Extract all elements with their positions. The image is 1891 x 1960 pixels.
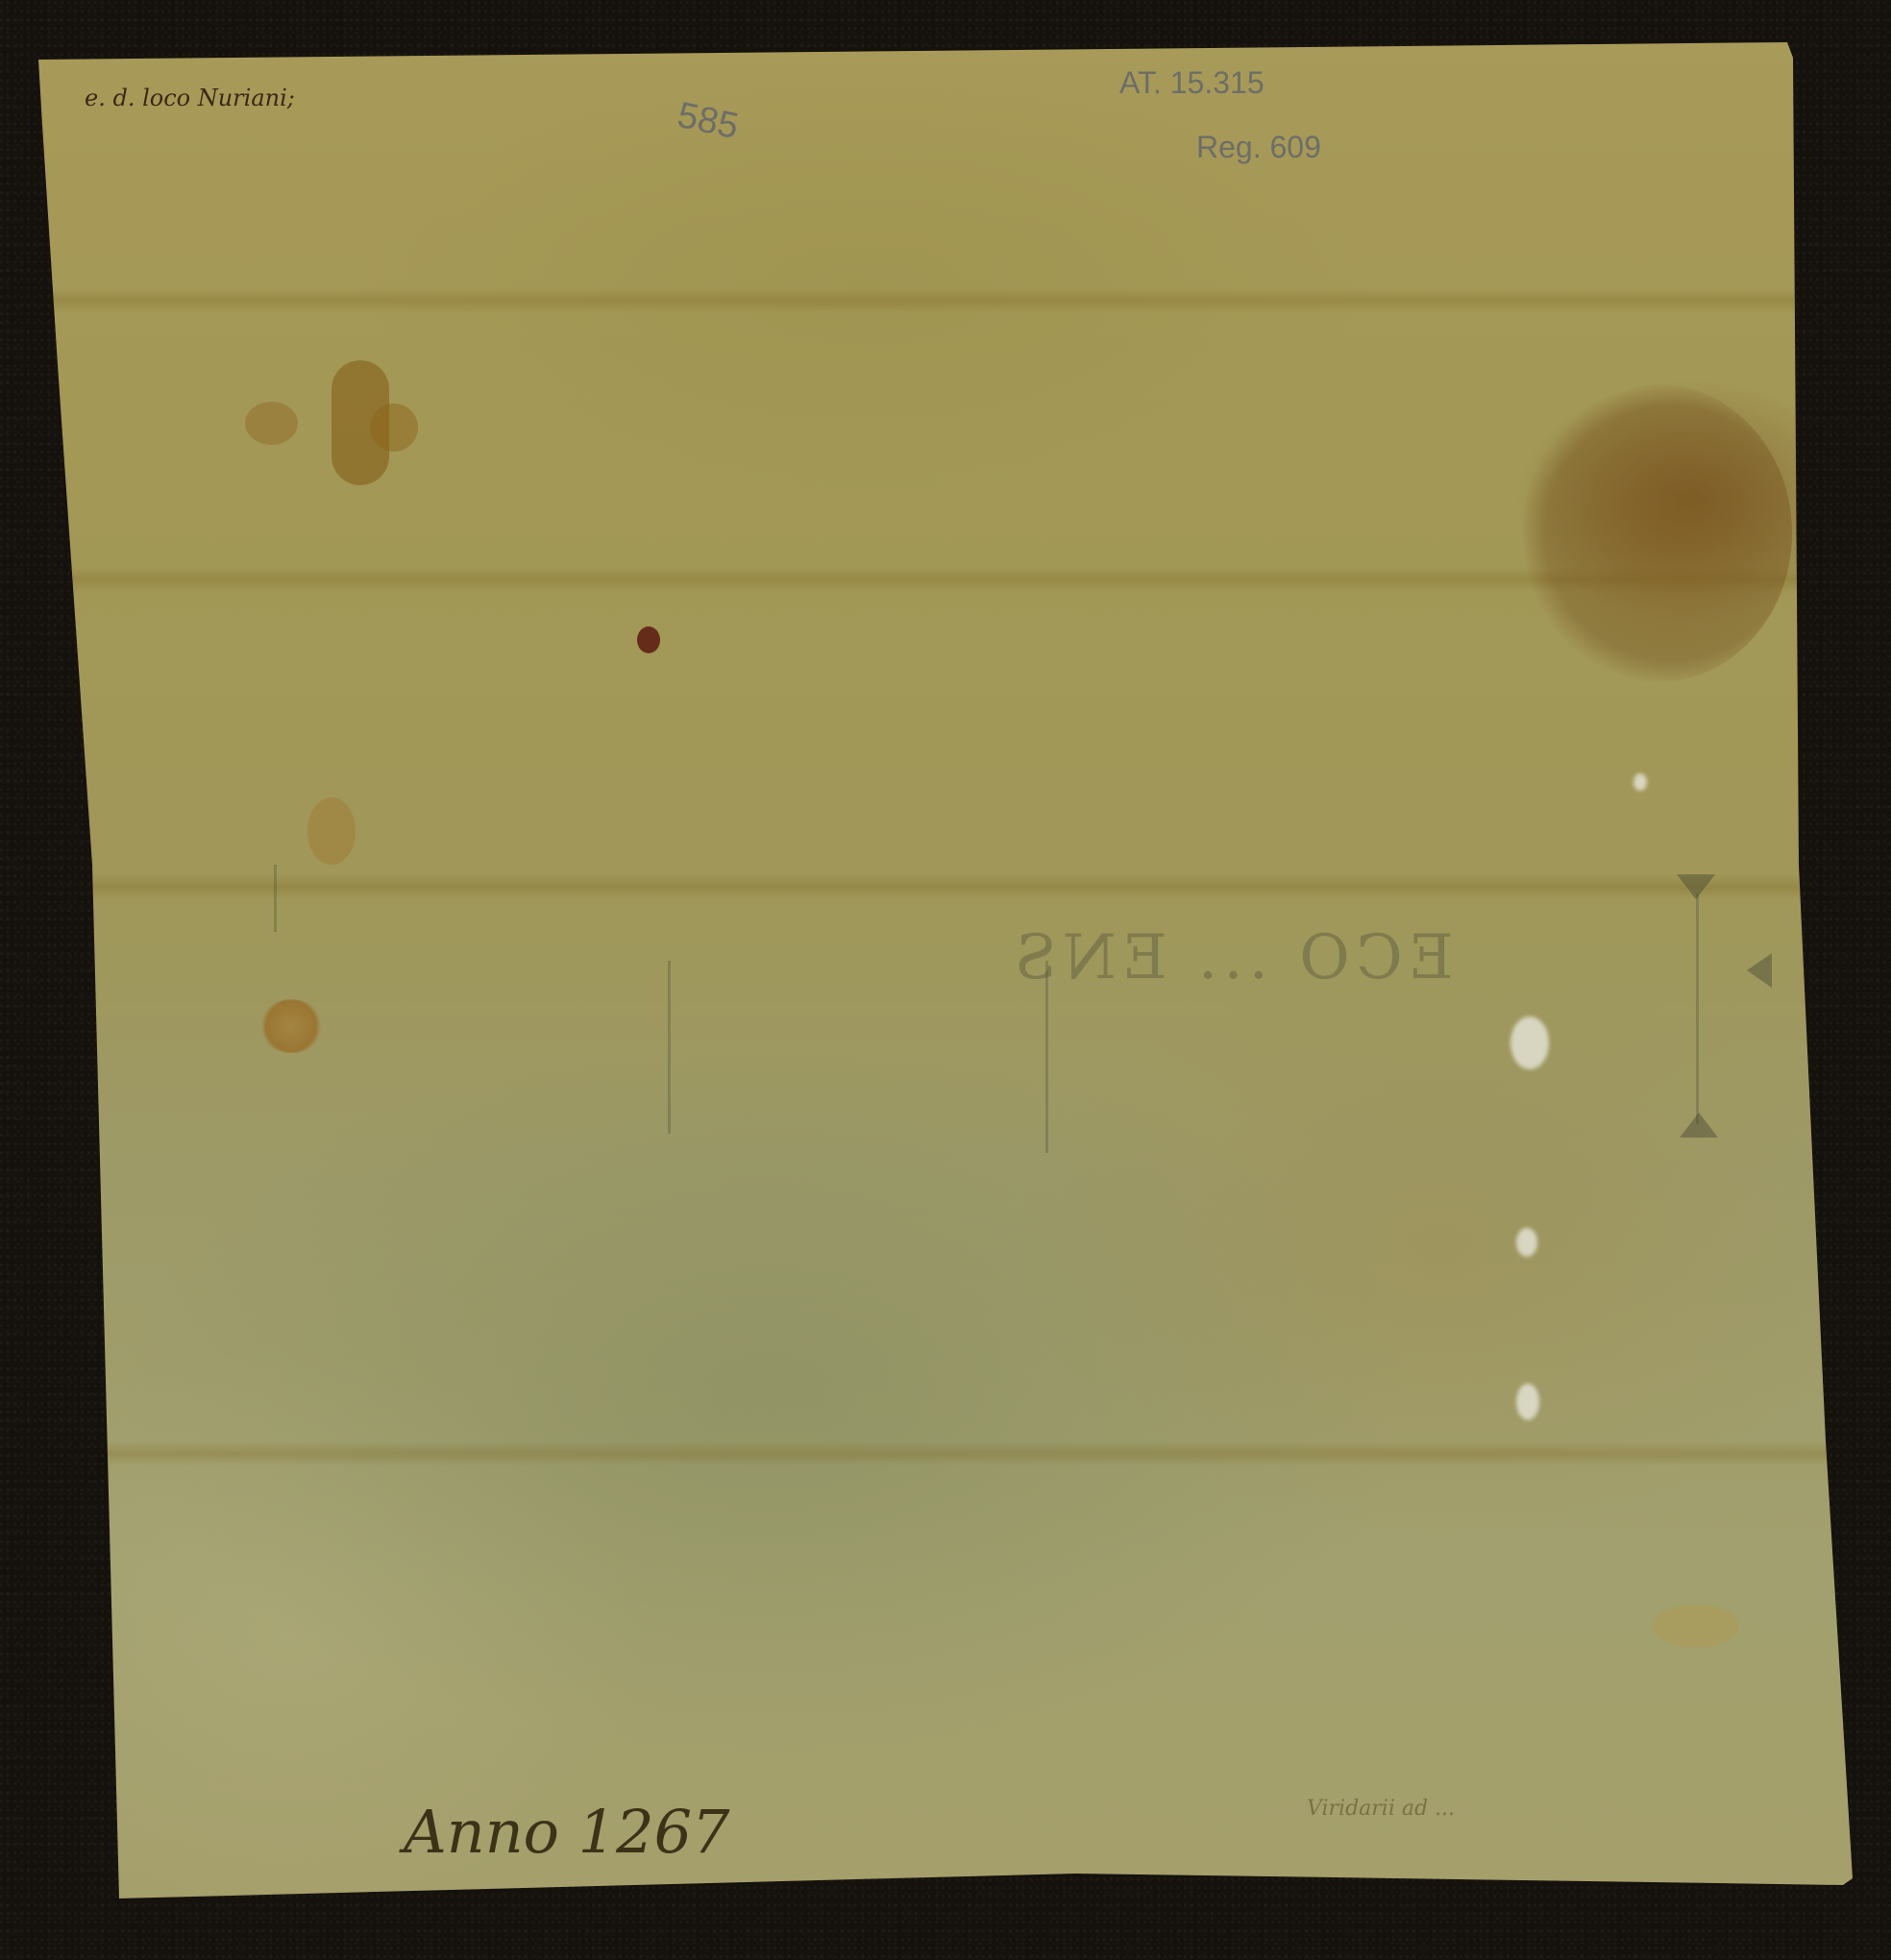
pencil-number-585: 585 bbox=[674, 95, 742, 148]
pencil-shelfmark: AT. 15.315 bbox=[1119, 65, 1265, 101]
fold-line bbox=[38, 288, 1797, 313]
pencil-register-number: Reg. 609 bbox=[1196, 130, 1321, 165]
parchment-sheet: ECO ... ENS e. d. loco Nuriani; 585 AT. … bbox=[0, 0, 1891, 1960]
fold-line bbox=[77, 874, 1826, 899]
drip-stain bbox=[370, 404, 418, 452]
round-stain bbox=[259, 999, 323, 1053]
bleed-through-rule bbox=[668, 961, 671, 1134]
bleed-through-text: ECO ... ENS bbox=[1009, 922, 1453, 993]
water-stain bbox=[1523, 384, 1792, 682]
faint-note-bottom-right: Viridarii ad ... bbox=[1307, 1797, 1455, 1821]
worn-spot bbox=[1510, 1017, 1549, 1069]
small-stain bbox=[245, 402, 298, 445]
bleed-through-rule bbox=[274, 865, 277, 932]
bleed-through-rule bbox=[1045, 961, 1048, 1153]
fold-line bbox=[86, 1441, 1845, 1466]
bleed-through-marker bbox=[1677, 874, 1715, 899]
bleed-through-marker bbox=[1747, 953, 1772, 988]
red-ink-spot bbox=[637, 626, 660, 653]
stain bbox=[1653, 1605, 1739, 1648]
bleed-through-marker bbox=[1680, 1113, 1718, 1138]
archival-note-top-left: e. d. loco Nuriani; bbox=[85, 85, 295, 111]
date-annotation: Anno 1267 bbox=[404, 1797, 729, 1867]
worn-spot bbox=[1516, 1384, 1539, 1420]
worn-spot bbox=[1516, 1228, 1537, 1257]
worn-spot bbox=[1633, 773, 1647, 791]
stain bbox=[307, 797, 356, 865]
bleed-through-rule bbox=[1696, 894, 1699, 1124]
